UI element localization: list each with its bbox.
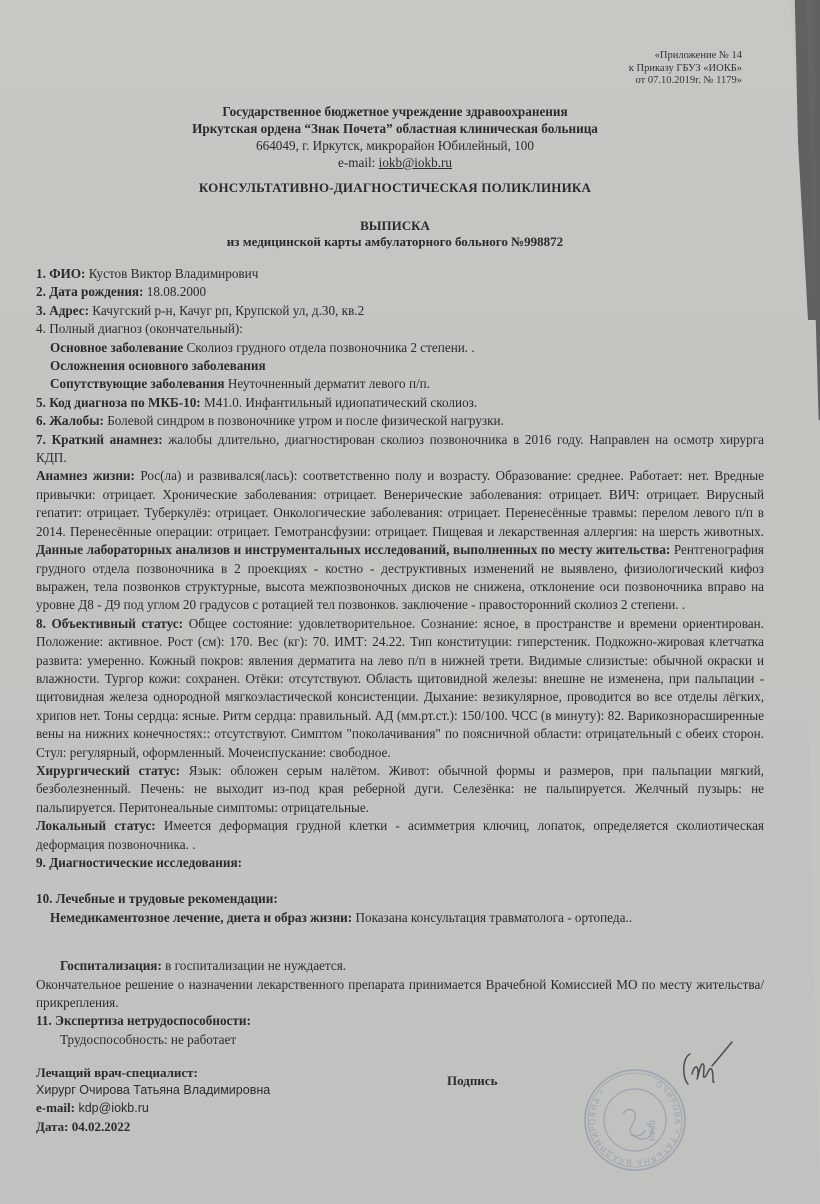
complaints: 6. Жалобы: Болевой синдром в позвоночник…	[36, 412, 764, 430]
address-label: 3. Адрес:	[36, 303, 89, 318]
document-title: ВЫПИСКА	[0, 218, 790, 234]
concomitant-disease: Сопутствующие заболевания Неуточненный д…	[36, 375, 764, 393]
patient-dob: 2. Дата рождения: 18.08.2000	[36, 283, 764, 301]
icd-value: М41.0. Инфантильный идиопатический сколи…	[201, 395, 477, 410]
nondrug-treatment: Немедикаментозное лечение, диета и образ…	[36, 909, 764, 927]
annex-line-1: «Приложение № 14	[629, 50, 742, 63]
life-anamnesis-label: Анамнез жизни:	[36, 468, 135, 483]
doctor-label: Лечащий врач-специалист:	[36, 1064, 270, 1082]
disability-label: 11. Экспертиза нетрудоспособности:	[36, 1013, 251, 1028]
nondrug-label: Немедикаментозное лечение, диета и образ…	[50, 910, 352, 925]
doctor-email-value: kdp@iokb.ru	[75, 1101, 149, 1115]
concomitant-value: Неуточненный дерматит левого п/п.	[225, 376, 430, 391]
lab-data-label: Данные лабораторных анализов и инструмен…	[36, 542, 670, 557]
complaints-label: 6. Жалобы:	[36, 413, 104, 428]
diagnosis-heading: 4. Полный диагноз (окончательный):	[36, 320, 764, 338]
objective-status-value: Общее состояние: удовлетворительное. Соз…	[36, 616, 764, 760]
complications: Осложнения основного заболевания	[36, 357, 764, 375]
recommendations-label: 10. Лечебные и трудовые рекомендации:	[36, 891, 278, 906]
doctor-email: e-mail: kdp@iokb.ru	[36, 1099, 270, 1118]
surgical-status-label: Хирургический статус:	[36, 763, 180, 778]
local-status: Локальный статус: Имеется деформация гру…	[36, 817, 764, 854]
brief-anamnesis: 7. Краткий анамнез: жалобы длительно, ди…	[36, 431, 764, 468]
surgical-status: Хирургический статус: Язык: обложен серы…	[36, 762, 764, 817]
document-body: 1. ФИО: Кустов Виктор Владимирович 2. Да…	[36, 265, 764, 1049]
complaints-value: Болевой синдром в позвоночнике утром и п…	[104, 413, 504, 428]
clinic-name: КОНСУЛЬТАТИВНО-ДИАГНОСТИЧЕСКАЯ ПОЛИКЛИНИ…	[0, 180, 790, 196]
local-status-label: Локальный статус:	[36, 818, 156, 833]
date-value: 04.02.2022	[68, 1119, 130, 1134]
document-title-block: ВЫПИСКА из медицинской карты амбулаторно…	[0, 218, 790, 250]
doctor-name: Хирург Очирова Татьяна Владимировна	[36, 1082, 270, 1100]
fio-label: 1. ФИО:	[36, 266, 85, 281]
disability-heading: 11. Экспертиза нетрудоспособности:	[36, 1012, 764, 1030]
diagnostics-label: 9. Диагностические исследования:	[36, 855, 242, 870]
doctor-email-label: e-mail:	[36, 1100, 75, 1115]
address-value: Качугский р-н, Качуг рп, Крупской ул, д.…	[89, 303, 364, 318]
annex-line-3: от 07.10.2019г. № 1179»	[629, 75, 742, 88]
diagnostics-heading: 9. Диагностические исследования:	[36, 854, 764, 872]
fio-value: Кустов Виктор Владимирович	[85, 266, 258, 281]
icd-label: 5. Код диагноза по МКБ-10:	[36, 395, 201, 410]
main-disease-value: Сколиоз грудного отдела позвоночника 2 с…	[183, 340, 475, 355]
document-page: «Приложение № 14 к Приказу ГБУЗ «ИОКБ» о…	[0, 0, 820, 1204]
email-label: e-mail:	[338, 155, 379, 170]
concomitant-label: Сопутствующие заболевания	[50, 376, 225, 391]
organization-line-2: Иркутская ордена “Знак Почета” областная…	[0, 120, 790, 137]
doctor-label-text: Лечащий врач-специалист:	[36, 1065, 198, 1080]
dob-label: 2. Дата рождения:	[36, 284, 143, 299]
handwritten-signature-icon	[672, 1040, 742, 1100]
recommendations-heading: 10. Лечебные и трудовые рекомендации:	[36, 890, 764, 908]
organization-line-1: Государственное бюджетное учреждение здр…	[0, 103, 790, 120]
document-date: Дата: 04.02.2022	[36, 1118, 270, 1136]
anamnesis-label: 7. Краткий анамнез:	[36, 432, 163, 447]
dob-value: 18.08.2000	[143, 284, 206, 299]
organization-address: 664049, г. Иркутск, микрорайон Юбилейный…	[0, 137, 790, 154]
annex-reference: «Приложение № 14 к Приказу ГБУЗ «ИОКБ» о…	[629, 50, 742, 88]
complications-label: Осложнения основного заболевания	[50, 358, 266, 373]
objective-status-label: 8. Объективный статус:	[36, 616, 183, 631]
date-label: Дата:	[36, 1119, 68, 1134]
svg-text:ВРАЧ: ВРАЧ	[647, 1120, 656, 1141]
spacer	[36, 927, 764, 957]
organization-header: Государственное бюджетное учреждение здр…	[0, 103, 790, 171]
life-anamnesis-value: Рос(ла) и развивался(лась): соответствен…	[36, 468, 764, 538]
work-capacity: Трудоспособность: не работает	[36, 1031, 764, 1049]
hospitalization-label: Госпитализация:	[60, 958, 162, 973]
document-subtitle: из медицинской карты амбулаторного больн…	[0, 234, 790, 250]
spacer	[36, 872, 764, 890]
signature-block: Лечащий врач-специалист: Хирург Очирова …	[36, 1064, 270, 1135]
hospitalization-value: в госпитализации не нуждается.	[162, 958, 346, 973]
nondrug-value: Показана консультация травматолога - орт…	[352, 910, 632, 925]
annex-line-2: к Приказу ГБУЗ «ИОКБ»	[629, 63, 742, 76]
objective-status: 8. Объективный статус: Общее состояние: …	[36, 615, 764, 762]
final-decision-note: Окончательное решение о назначении лекар…	[36, 976, 764, 1013]
hospitalization: Госпитализация: в госпитализации не нужд…	[36, 957, 764, 975]
main-disease-label: Основное заболевание	[50, 340, 183, 355]
organization-email-link[interactable]: iokb@iokb.ru	[379, 155, 452, 170]
main-disease: Основное заболевание Сколиоз грудного от…	[36, 339, 764, 357]
patient-address: 3. Адрес: Качугский р-н, Качуг рп, Крупс…	[36, 302, 764, 320]
life-anamnesis: Анамнез жизни: Рос(ла) и развивался(лась…	[36, 467, 764, 614]
patient-fio: 1. ФИО: Кустов Виктор Владимирович	[36, 265, 764, 283]
signature-label: Подпись	[447, 1073, 497, 1089]
icd-code: 5. Код диагноза по МКБ-10: М41.0. Инфант…	[36, 394, 764, 412]
organization-email-row: e-mail: iokb@iokb.ru	[0, 154, 790, 171]
